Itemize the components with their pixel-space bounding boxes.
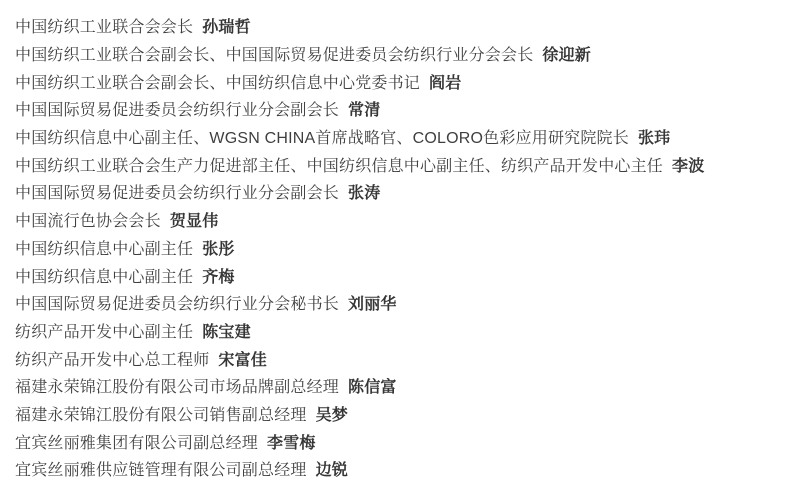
attendee-row: 中国流行色协会会长 贺显伟 [15, 206, 805, 234]
attendee-title: 中国国际贸易促进委员会纺织行业分会副会长 [15, 180, 339, 203]
attendee-row: 中国纺织工业联合会生产力促进部主任、中国纺织信息中心副主任、纺织产品开发中心主任… [15, 150, 805, 178]
attendee-name: 常清 [348, 97, 380, 120]
attendee-row: 福建永荣锦江股份有限公司销售副总经理 吴梦 [15, 400, 805, 428]
attendee-row: 中国纺织工业联合会副会长、中国国际贸易促进委员会纺织行业分会会长 徐迎新 [15, 40, 805, 68]
attendee-row: 中国纺织信息中心副主任、WGSN CHINA首席战略官、COLORO色彩应用研究… [15, 123, 805, 151]
attendee-row: 中国国际贸易促进委员会纺织行业分会副会长 常清 [15, 95, 805, 123]
attendee-title: 中国纺织信息中心副主任 [15, 264, 193, 287]
attendee-title: 中国纺织工业联合会会长 [15, 14, 193, 37]
attendee-name: 陈信富 [348, 374, 397, 397]
attendee-row: 中国国际贸易促进委员会纺织行业分会副会长 张涛 [15, 178, 805, 206]
attendee-title: 中国流行色协会会长 [15, 208, 161, 231]
attendee-name: 齐梅 [202, 264, 234, 287]
attendee-title: 福建永荣锦江股份有限公司销售副总经理 [15, 402, 307, 425]
attendee-title: 中国国际贸易促进委员会纺织行业分会副会长 [15, 97, 339, 120]
attendee-name: 孙瑞哲 [202, 14, 251, 37]
attendee-row: 中国纺织信息中心副主任 齐梅 [15, 261, 805, 289]
attendee-name: 徐迎新 [542, 42, 591, 65]
attendee-row: 纺织产品开发中心总工程师 宋富佳 [15, 344, 805, 372]
attendee-name: 张彤 [202, 236, 234, 259]
attendee-row: 中国纺织信息中心副主任 张彤 [15, 234, 805, 262]
attendee-row: 宜宾丝丽雅供应链管理有限公司副总经理 边锐 [15, 455, 805, 483]
attendee-row: 福建永荣锦江股份有限公司市场品牌副总经理 陈信富 [15, 372, 805, 400]
attendee-title: 中国纺织工业联合会副会长、中国国际贸易促进委员会纺织行业分会会长 [15, 42, 533, 65]
attendee-row: 中国纺织工业联合会会长 孙瑞哲 [15, 12, 805, 40]
attendee-name: 吴梦 [316, 402, 348, 425]
attendee-name: 陈宝建 [202, 319, 251, 342]
attendee-name: 张涛 [348, 180, 380, 203]
attendee-name: 李波 [672, 153, 704, 176]
attendee-title: 中国纺织信息中心副主任、WGSN CHINA首席战略官、COLORO色彩应用研究… [15, 125, 629, 148]
attendee-title: 纺织产品开发中心副主任 [15, 319, 193, 342]
attendee-title: 福建永荣锦江股份有限公司市场品牌副总经理 [15, 374, 339, 397]
attendee-title: 宜宾丝丽雅供应链管理有限公司副总经理 [15, 457, 307, 480]
attendee-title: 中国纺织工业联合会生产力促进部主任、中国纺织信息中心副主任、纺织产品开发中心主任 [15, 153, 663, 176]
attendee-name: 李雪梅 [267, 430, 316, 453]
attendee-name: 宋富佳 [218, 347, 267, 370]
attendee-name: 贺显伟 [170, 208, 219, 231]
attendee-name: 刘丽华 [348, 291, 397, 314]
attendee-title: 中国纺织工业联合会副会长、中国纺织信息中心党委书记 [15, 70, 420, 93]
attendee-title: 纺织产品开发中心总工程师 [15, 347, 209, 370]
attendee-row: 宜宾丝丽雅集团有限公司副总经理 李雪梅 [15, 427, 805, 455]
attendee-name: 边锐 [316, 457, 348, 480]
attendee-title: 宜宾丝丽雅集团有限公司副总经理 [15, 430, 258, 453]
attendee-row: 纺织产品开发中心副主任 陈宝建 [15, 317, 805, 345]
attendee-title: 中国国际贸易促进委员会纺织行业分会秘书长 [15, 291, 339, 314]
attendee-row: 中国国际贸易促进委员会纺织行业分会秘书长 刘丽华 [15, 289, 805, 317]
attendee-row: 中国纺织工业联合会副会长、中国纺织信息中心党委书记 阎岩 [15, 67, 805, 95]
attendee-title: 中国纺织信息中心副主任 [15, 236, 193, 259]
attendee-name: 阎岩 [429, 70, 461, 93]
attendee-list: 中国纺织工业联合会会长 孙瑞哲 中国纺织工业联合会副会长、中国国际贸易促进委员会… [0, 0, 805, 483]
attendee-name: 张玮 [638, 125, 670, 148]
